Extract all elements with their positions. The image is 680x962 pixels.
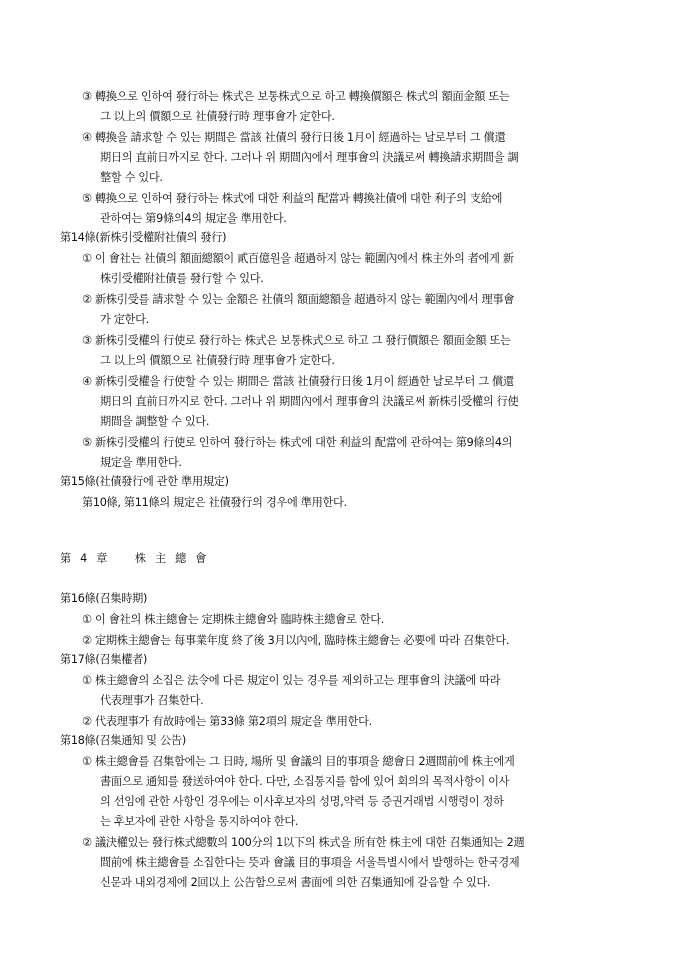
clause-item: ① 이 會社는 社債의 額面總額이 貳百億원을 超過하지 않는 範圍內에서 株主…	[82, 252, 514, 266]
clause-continuation: 期間을 調整할 수 있다.	[100, 415, 209, 429]
clause-item: ③ 轉換으로 인하여 發行하는 株式은 보통株式으로 하고 轉換價額은 株式의 …	[82, 90, 509, 104]
clause-item: ① 株主總會를 召集함에는 그 日時, 場所 및 會議의 目的事項을 總會日 2…	[82, 755, 515, 769]
clause-item: ② 代表理事가 有故時에는 第33條 第2項의 規定을 準用한다.	[82, 715, 372, 729]
clause-continuation: 書面으로 通知를 發送하여야 한다. 다만, 소집통지를 함에 있어 회의의 목…	[100, 775, 509, 789]
clause-item: ② 議決權있는 發行株式總數의 100分의 1以下의 株式을 所有한 株主에 대…	[82, 836, 524, 850]
clause-continuation: 신문과 내외경제에 2回以上 公告함으로써 書面에 의한 召集通知에 갈음할 수…	[100, 876, 490, 890]
clause-continuation: 株引受權附社債를 發行할 수 있다.	[100, 272, 264, 286]
article-heading: 第18條(召集通知 및 公告)	[60, 734, 186, 748]
clause-continuation: 의 선임에 관한 사항인 경우에는 이사후보자의 성명,약력 등 증권거래법 시…	[100, 795, 504, 809]
article-heading: 第17條(召集權者)	[60, 653, 147, 667]
article-heading: 第14條(新株引受權附社債의 發行)	[60, 231, 226, 245]
clause-item: ① 株主總會의 소집은 法令에 다른 規定이 있는 경우를 제외하고는 理事會의…	[82, 674, 500, 688]
clause-continuation: 規定을 準用한다.	[100, 456, 182, 470]
clause-item: ④ 新株引受權을 行使할 수 있는 期間은 當該 社債發行日後 1月이 經過한 …	[82, 375, 514, 389]
article-body: 第10條, 第11條의 規定은 社債發行의 경우에 準用한다.	[82, 496, 347, 510]
clause-continuation: 그 以上의 價額으로 社債發行時 理事會가 定한다.	[100, 110, 335, 124]
clause-continuation: 期日의 直前日까지로 한다. 그러나 위 期間內에서 理事會의 決議로써 轉換請…	[100, 151, 518, 165]
clause-continuation: 代表理事가 召集한다.	[100, 694, 203, 708]
clause-item: ⑤ 新株引受權의 行使로 인하여 發行하는 株式에 대한 利益의 配當에 관하여…	[82, 436, 512, 450]
clause-continuation: 整할 수 있다.	[100, 171, 163, 185]
clause-item: ② 新株引受를 請求할 수 있는 金額은 社債의 額面總額을 超過하지 않는 範…	[82, 293, 514, 307]
clause-continuation: 期日의 直前日까지로 한다. 그러나 위 期間內에서 理事會의 決議로써 新株引…	[100, 395, 518, 409]
clause-continuation: 는 후보자에 관한 사항을 통지하여야 한다.	[100, 815, 298, 829]
article-heading: 第15條(社債發行에 관한 準用規定)	[60, 475, 229, 489]
clause-item: ② 定期株主總會는 每事業年度 終了後 3月以內에, 臨時株主總會는 必要에 따…	[82, 634, 509, 648]
chapter-title: 第 4 章 株 主 總 會	[60, 552, 206, 566]
article-heading: 第16條(召集時期)	[60, 592, 147, 606]
document-page: ③ 轉換으로 인하여 發行하는 株式은 보통株式으로 하고 轉換價額은 株式의 …	[0, 0, 680, 962]
clause-item: ③ 新株引受權의 行使로 發行하는 株式은 보통株式으로 하고 그 發行價額은 …	[82, 334, 511, 348]
clause-item: ④ 轉換을 請求할 수 있는 期間은 當該 社債의 發行日後 1月이 經過하는 …	[82, 131, 505, 145]
clause-continuation: 가 定한다.	[100, 313, 149, 327]
clause-continuation: 그 以上의 價額으로 社債發行時 理事會가 定한다.	[100, 354, 335, 368]
clause-continuation: 間前에 株主總會를 소집한다는 뜻과 會議 目的事項을 서울특별시에서 발행하는…	[100, 856, 519, 870]
clause-continuation: 관하여는 第9條의4의 規定을 準用한다.	[100, 212, 287, 226]
clause-item: ⑤ 轉換으로 인하여 發行하는 株式에 대한 利益의 配當과 轉換社債에 대한 …	[82, 192, 502, 206]
clause-item: ① 이 會社의 株主總會는 定期株主總會와 臨時株主總會로 한다.	[82, 613, 384, 627]
